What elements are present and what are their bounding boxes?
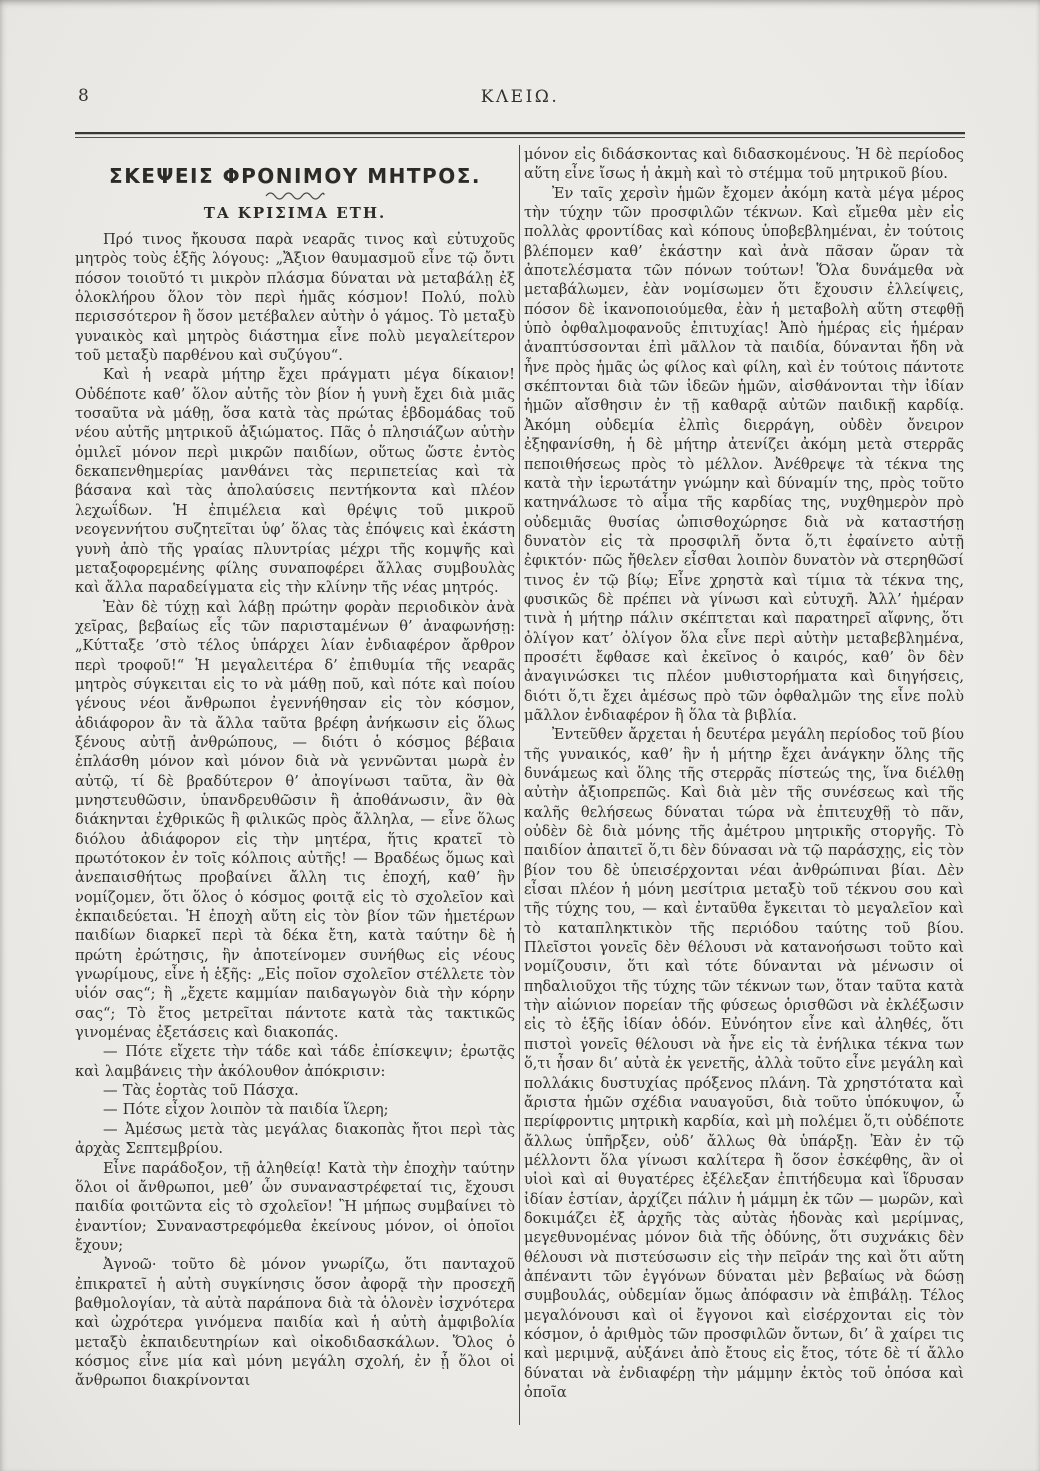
paragraph-left-3: Ἐὰν δὲ τύχῃ καὶ λάβῃ πρώτην φορὰν περιοδ… xyxy=(75,598,515,1043)
page-header: 8 ΚΛΕΙΩ. xyxy=(75,86,965,112)
paragraph-right-3: Ἐντεῦθεν ἄρχεται ἡ δευτέρα μεγάλη περίοδ… xyxy=(524,725,964,1402)
paragraph-left-2: Καὶ ἡ νεαρὰ μήτηρ ἔχει πράγματι μέγα δίκ… xyxy=(75,365,515,597)
column-divider xyxy=(519,145,520,1425)
paragraph-left-8: Εἶνε παράδοξον, τῇ ἀληθείᾳ! Κατὰ τὴν ἐπο… xyxy=(75,1159,515,1256)
header-rule-thick xyxy=(75,132,965,134)
article-subtitle: ΤΑ ΚΡΙΣΙΜΑ ΕΤΗ. xyxy=(75,204,515,222)
header-rule xyxy=(75,132,965,138)
article-title: ΣΚΕΨΕΙΣ ΦΡΟΝΙΜΟΥ ΜΗΤΡΟΣ. xyxy=(75,164,515,188)
paragraph-right-1-continuation: μόνον εἰς διδάσκοντας καὶ διδασκομένους.… xyxy=(524,145,964,184)
paragraph-left-1: Πρό τινος ἤκουσα παρὰ νεαρᾶς τινος καὶ ε… xyxy=(75,230,515,365)
paragraph-left-5-dialogue: — Τὰς ἑορτὰς τοῦ Πάσχα. xyxy=(75,1081,515,1100)
left-column: ΣΚΕΨΕΙΣ ΦΡΟΝΙΜΟΥ ΜΗΤΡΟΣ. ΤΑ ΚΡΙΣΙΜΑ ΕΤΗ.… xyxy=(75,143,515,1425)
paragraph-right-2: Ἐν ταῖς χερσὶν ἡμῶν ἔχομεν ἀκόμη κατὰ μέ… xyxy=(524,184,964,726)
masthead-title: ΚΛΕΙΩ. xyxy=(75,87,965,107)
header-rule-thin xyxy=(75,137,965,138)
paragraph-left-7-dialogue: — Ἀμέσως μετὰ τὰς μεγάλας διακοπὰς ἤτοι … xyxy=(75,1120,515,1159)
right-column: μόνον εἰς διδάσκοντας καὶ διδασκομένους.… xyxy=(524,143,964,1425)
paragraph-left-6-dialogue: — Πότε εἶχον λοιπὸν τὰ παιδία ἵλερη; xyxy=(75,1100,515,1119)
paragraph-left-4-dialogue: — Πότε εἴχετε τὴν τάδε καὶ τάδε ἐπίσκεψι… xyxy=(75,1042,515,1081)
paragraph-left-9: Ἀγνοῶ· τοῦτο δὲ μόνον γνωρίζω, ὅτι παντα… xyxy=(75,1255,515,1390)
article-body: ΣΚΕΨΕΙΣ ΦΡΟΝΙΜΟΥ ΜΗΤΡΟΣ. ΤΑ ΚΡΙΣΙΜΑ ΕΤΗ.… xyxy=(75,143,965,1425)
squiggle-ornament-icon xyxy=(75,190,515,202)
magazine-page: 8 ΚΛΕΙΩ. ΣΚΕΨΕΙΣ ΦΡΟΝΙΜΟΥ ΜΗΤΡΟΣ. ΤΑ ΚΡΙ… xyxy=(0,0,1040,1471)
